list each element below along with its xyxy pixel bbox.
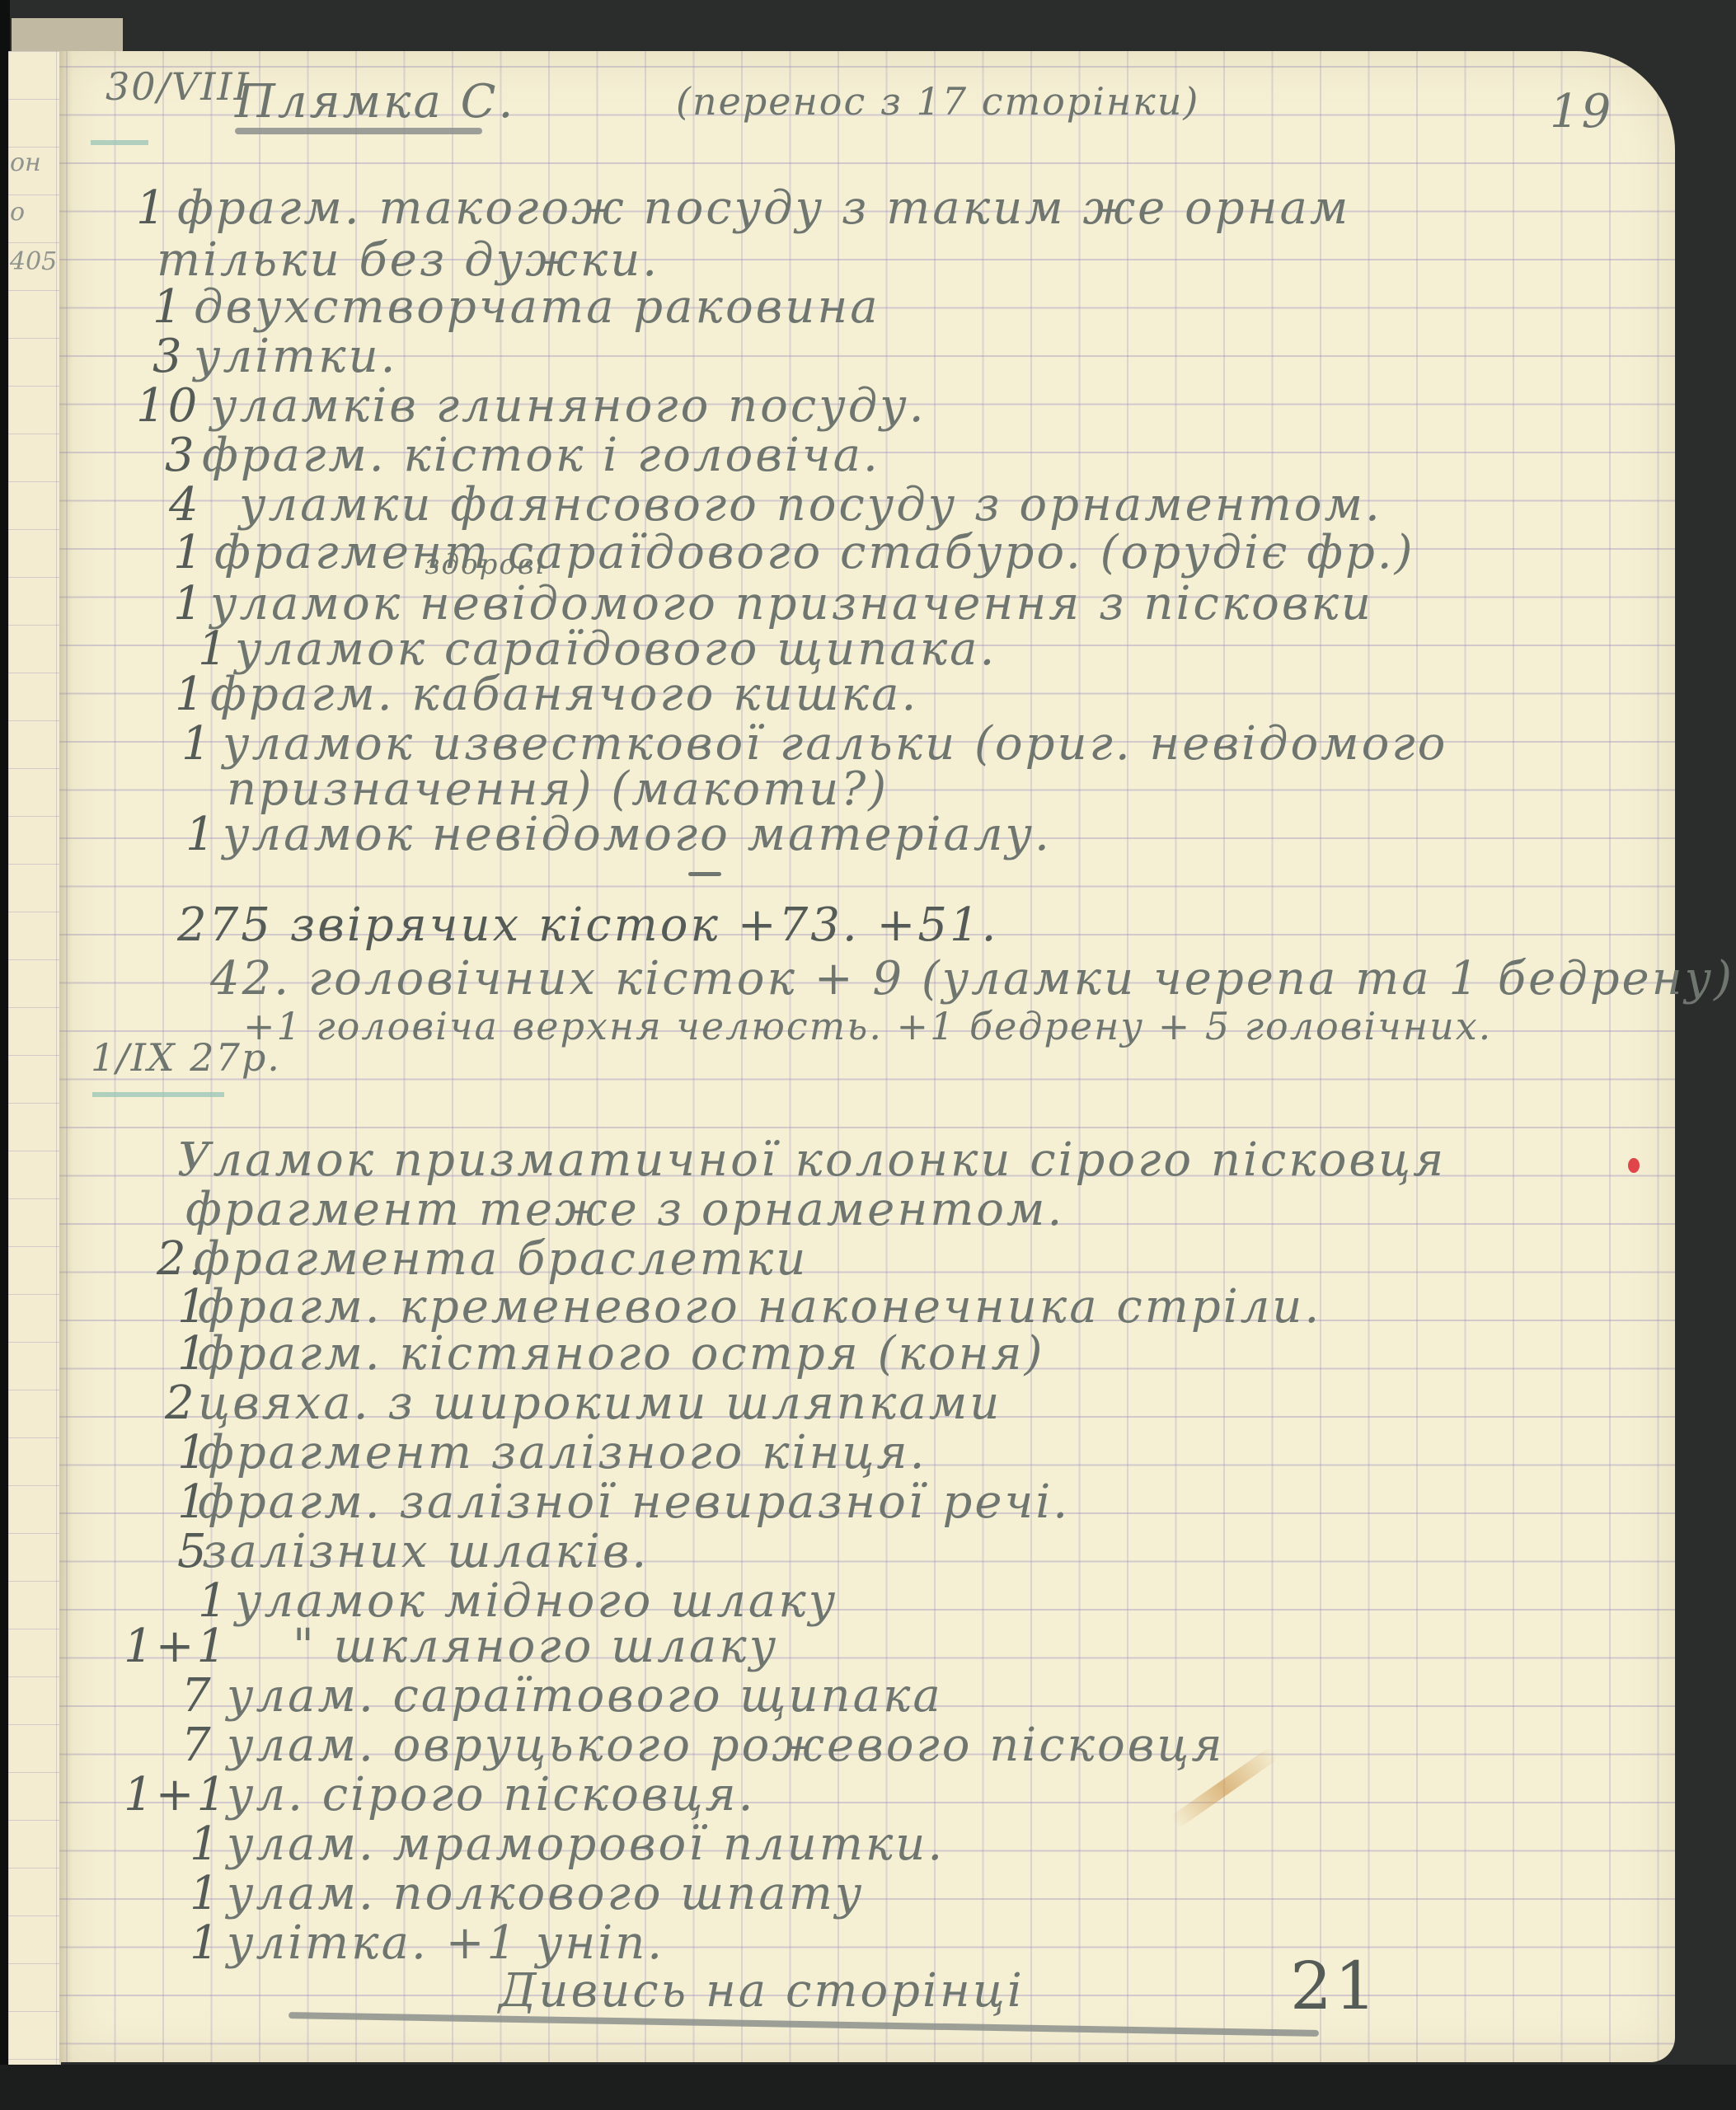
- item-text: фрагм. кременевого наконечника стріли.: [198, 1284, 1321, 1330]
- facing-margin-note: 405: [10, 247, 57, 276]
- item-text: улам. мраморової плитки.: [227, 1822, 945, 1868]
- item-insert-note: здорові: [425, 551, 546, 579]
- item-qty: 4: [169, 482, 201, 528]
- item-text: призначення) (макоти?): [227, 767, 889, 813]
- header-date: 30/VIII: [106, 68, 251, 105]
- date-green-rule: [92, 1092, 224, 1097]
- item-qty: 1: [136, 185, 168, 232]
- item-text: уламок известкової гальки (ориг. невідом…: [223, 721, 1447, 767]
- facing-margin-note: он: [10, 148, 41, 177]
- item-qty: 1: [198, 1578, 230, 1625]
- item-text: уламків глиняного посуду.: [210, 383, 927, 429]
- footer-page-ref: 21: [1290, 1953, 1379, 2019]
- item-text: ул. сірого пісковця.: [227, 1772, 755, 1818]
- binding-tab: [12, 18, 123, 51]
- title-underline: [235, 128, 482, 134]
- item-qty: 7: [181, 1673, 213, 1719]
- item-qty: 1: [173, 530, 205, 576]
- item-text: фрагмент сараїдового стабурo. (орудіє фр…: [214, 530, 1415, 576]
- scan-bottom-edge: [0, 2065, 1736, 2110]
- item-text: тільки без дужки.: [157, 237, 659, 284]
- item-qty: 2: [165, 1381, 197, 1427]
- item-qty: 7: [181, 1723, 213, 1769]
- red-ink-dot: [1628, 1158, 1640, 1173]
- item-qty: 1: [152, 284, 185, 331]
- item-qty: 10: [136, 383, 199, 429]
- item-text: улам. сараїтового щипака: [227, 1673, 943, 1719]
- item-text: улітка. +1 уніп.: [227, 1920, 664, 1967]
- item-qty: 1: [198, 626, 230, 673]
- item-text: улітки.: [194, 334, 397, 380]
- item-qty: 1+1: [124, 1772, 228, 1818]
- item-text: двухстворчата раковина: [194, 284, 880, 331]
- item-qty: 1: [190, 1822, 222, 1868]
- page-spine-shadow: [59, 51, 73, 2062]
- item-text: залізних шлаків.: [202, 1529, 649, 1575]
- item-text: уламок невідомого матеріалу.: [223, 812, 1052, 858]
- totals-line: +1 головіча верхня челюсть. +1 бедрену +…: [243, 1007, 1492, 1045]
- item-text: улам. овруцького рожевого пісковця: [227, 1723, 1224, 1769]
- item-text: фрагм. кістяного остря (коня): [198, 1331, 1044, 1377]
- item-qty: 1: [173, 581, 205, 627]
- entry-date: 1/IX 27р.: [91, 1039, 281, 1076]
- item-text: фрагм. кісток і головіча.: [202, 433, 880, 479]
- item-text: " шкляного шлаку: [293, 1624, 778, 1670]
- item-qty: 1: [185, 812, 218, 858]
- item-qty: 1+1: [124, 1624, 228, 1670]
- item-text: Уламок призматичної колонки сірого піско…: [177, 1137, 1446, 1184]
- item-text: уламки фаянсового посуду з орнаментом.: [239, 482, 1382, 528]
- item-qty: 1: [190, 1920, 222, 1967]
- item-text: цвяха. з широкими шляпками: [198, 1381, 1002, 1427]
- separator-dash: [688, 872, 721, 876]
- item-qty: 1: [175, 672, 207, 718]
- item-text: фрагм. такогож посуду з таким же орнам: [177, 185, 1350, 232]
- item-text: фрагм. залізної невиразної речі.: [198, 1479, 1070, 1526]
- item-qty: 1: [181, 721, 213, 767]
- header-title: Плямка С.: [235, 79, 515, 125]
- item-qty: 3: [165, 433, 197, 479]
- header-subtitle: (перенос з 17 сторінки): [676, 82, 1199, 120]
- date-green-rule: [91, 140, 148, 145]
- item-text: улам. полкового шпату: [227, 1871, 864, 1917]
- footer-note: Дивись на сторінці: [499, 1968, 1025, 2014]
- item-qty: 3: [152, 334, 185, 380]
- item-qty: 1: [190, 1871, 222, 1917]
- page-number: 19: [1550, 89, 1613, 135]
- item-text: уламок невідомого призначення з пісковки: [210, 581, 1373, 627]
- facing-margin-note: о: [10, 198, 25, 227]
- facing-page-strip: он о 405: [8, 51, 61, 2110]
- item-text: фрагмент тежe з орнаментом.: [185, 1187, 1064, 1233]
- item-text: фрагмент залізного кінця.: [198, 1430, 927, 1476]
- item-text: уламок мідного шлаку: [235, 1578, 838, 1625]
- item-text: фрагм. кабанячого кишка.: [210, 672, 918, 718]
- totals-line: 275 звірячих кісток +73. +51.: [177, 903, 998, 949]
- item-text: уламок сараїдового щипака.: [235, 626, 997, 673]
- item-text: фрагмента браслетки: [194, 1236, 808, 1282]
- totals-line: 42. головічних кісток + 9 (уламки черепа…: [210, 956, 1734, 1002]
